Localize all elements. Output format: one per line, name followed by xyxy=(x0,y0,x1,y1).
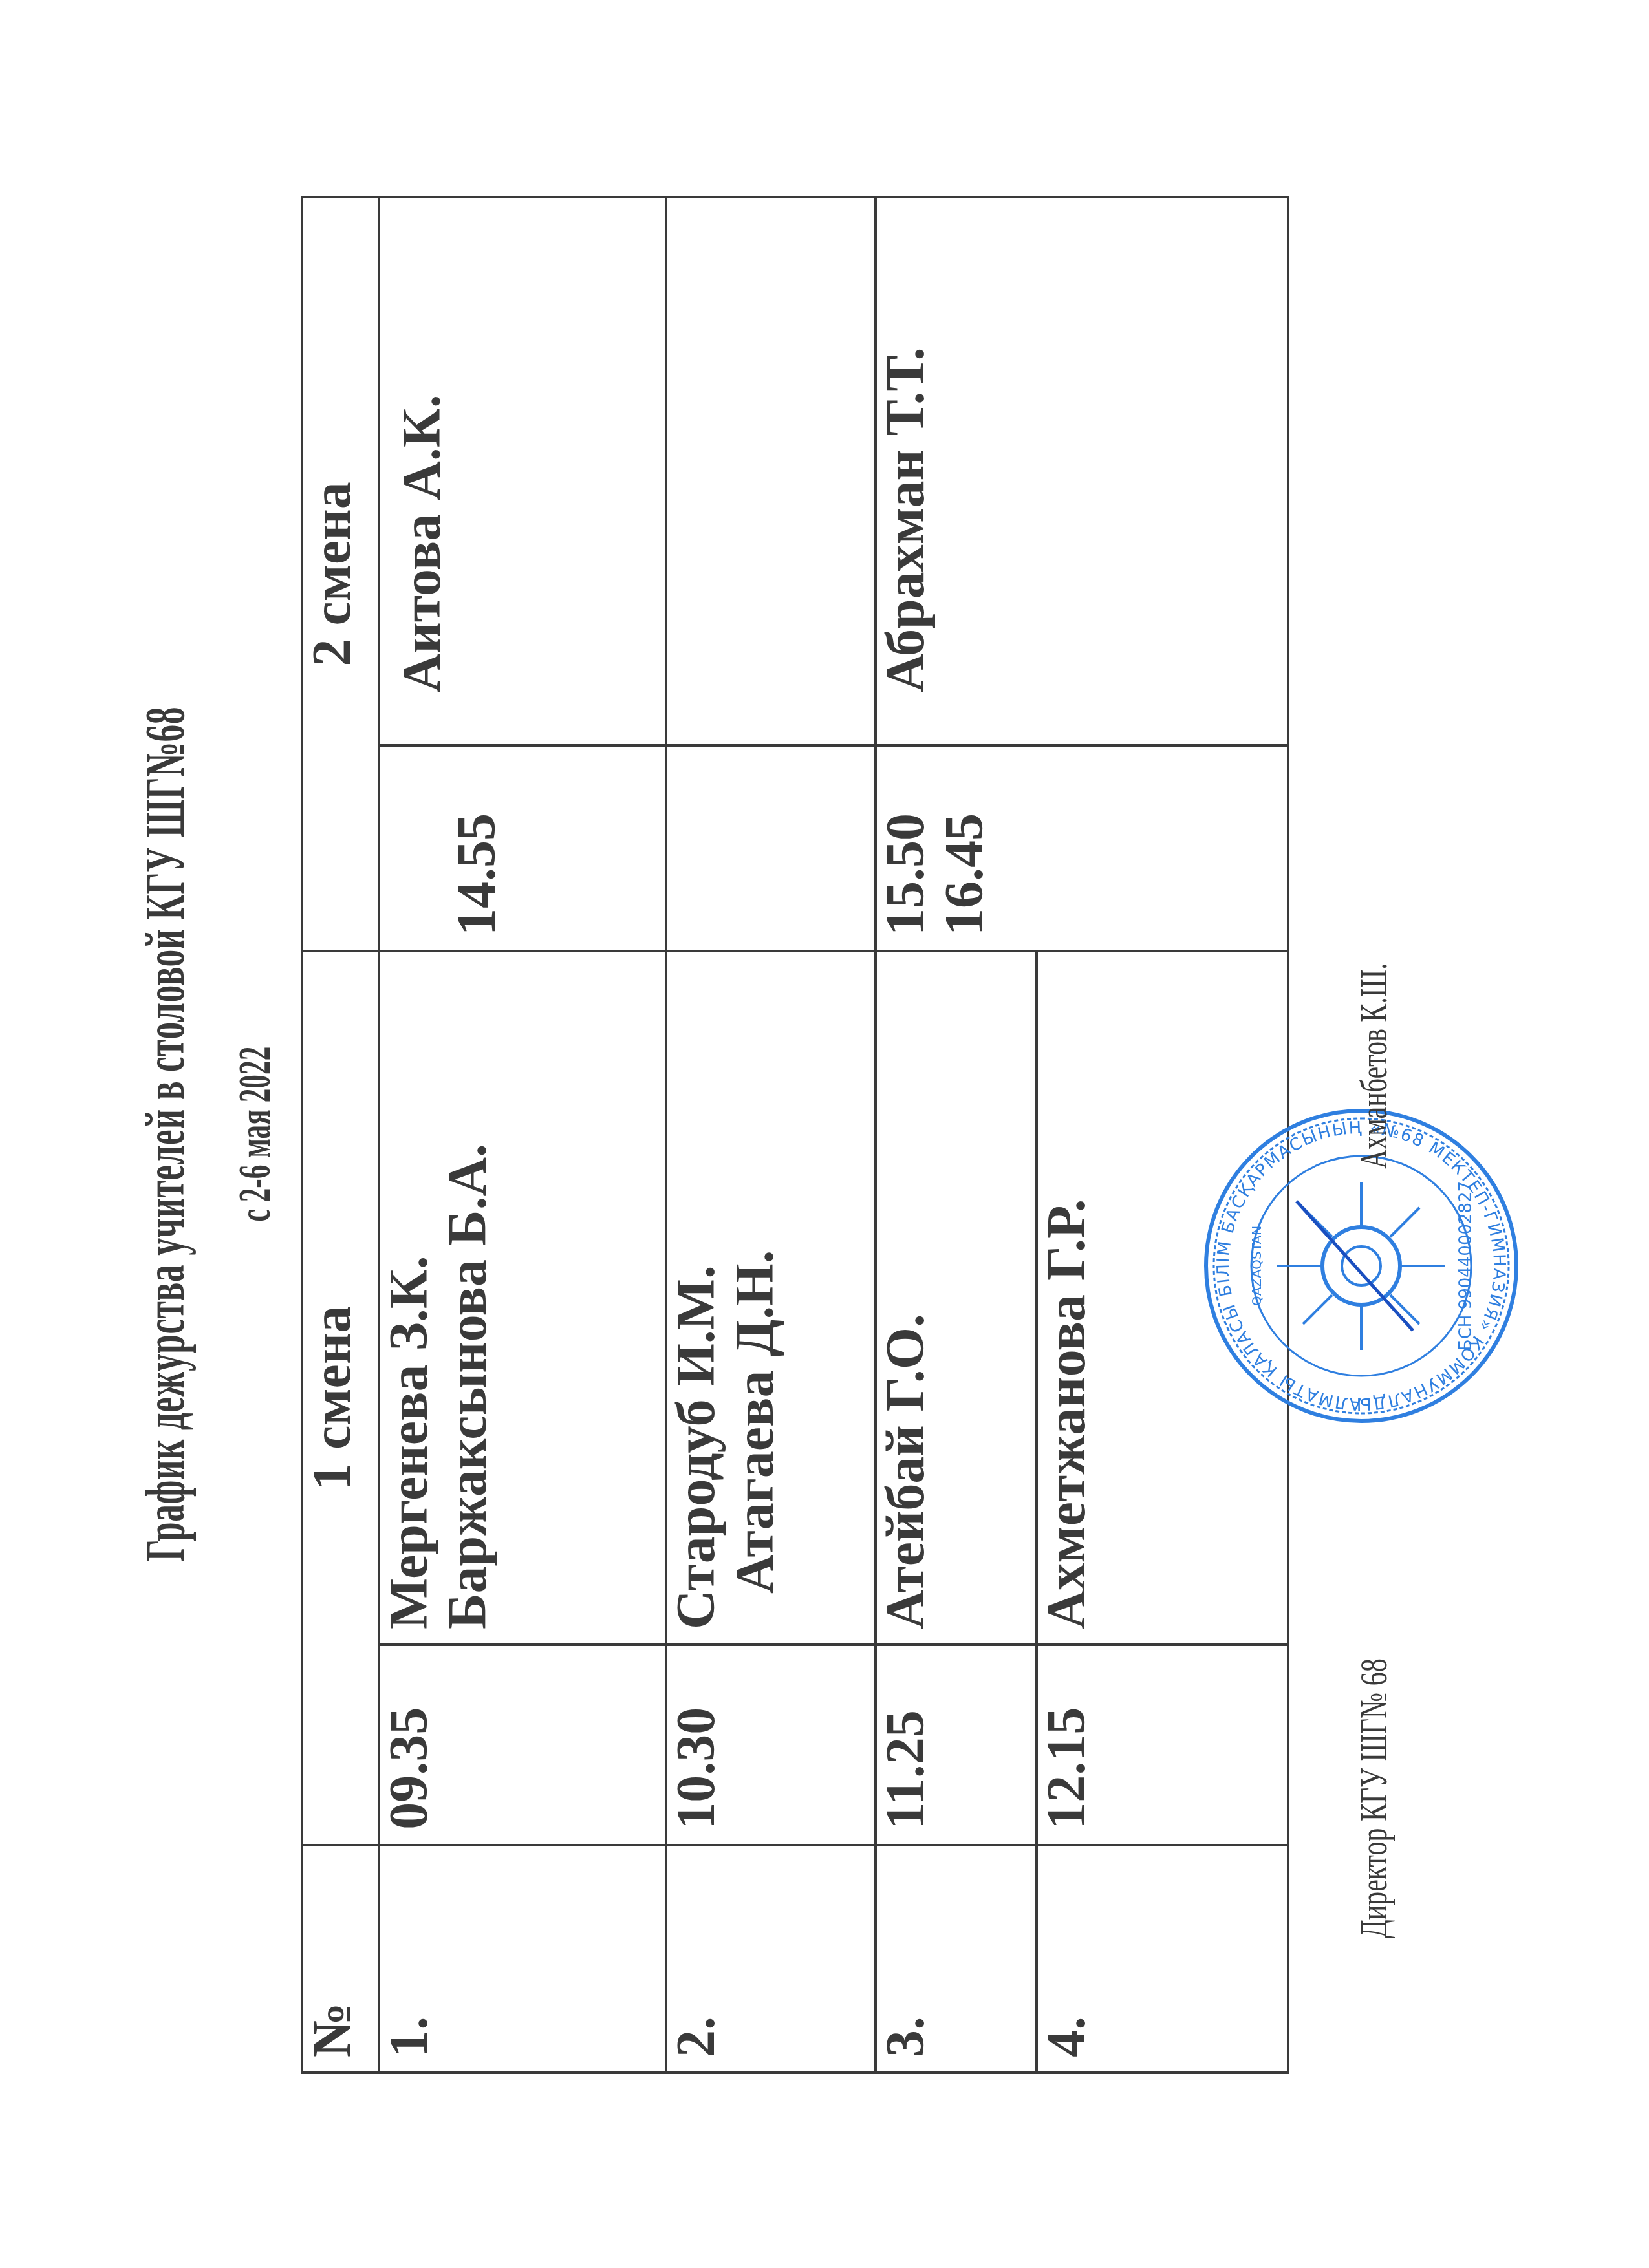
stamp-bin: БСН 990440002827 xyxy=(1456,1181,1476,1351)
teacher-name: Абрахман Т.Т. xyxy=(877,213,936,692)
header-shift-2: 2 смена xyxy=(302,197,379,951)
shift-1-teachers: Стародуб И.М. Атагаева Д.Н. xyxy=(666,951,876,1645)
stamp-emblem-text: QAZAQSTAN xyxy=(1249,1226,1264,1306)
table-row: 3. 11.25 Атейбай Г.О. 15.50 16.45 Абрахм… xyxy=(876,197,1037,2073)
teacher-name: Стародуб И.М. xyxy=(667,967,726,1629)
row-number: 3. xyxy=(876,1845,1037,2073)
table-row: 1. 09.35 Мергенева З.К. Баржаксынова Б.А… xyxy=(379,197,666,2073)
teacher-name: Атагаева Д.Н. xyxy=(726,967,785,1629)
row-number: 1. xyxy=(379,1845,666,2073)
signatory-name: Ахманбетов К.Ш. xyxy=(1352,963,1396,1169)
shift-1-time: 11.25 xyxy=(876,1645,1037,1845)
teacher-name: Атейбай Г.О. xyxy=(877,967,936,1629)
shift-1-time: 10.30 xyxy=(666,1645,876,1845)
row-number: 4. xyxy=(1037,1845,1288,2073)
shift-2-teachers: Аитова А.К. xyxy=(379,197,666,745)
teacher-name: Аитова А.К. xyxy=(393,213,452,692)
shift-1-time: 12.15 xyxy=(1037,1645,1288,1845)
table-header-row: № 1 смена 2 смена xyxy=(302,197,379,2073)
header-shift-1: 1 смена xyxy=(302,951,379,1845)
shift-1-teachers: Атейбай Г.О. xyxy=(876,951,1037,1645)
shift-2-time xyxy=(666,745,876,951)
shift-2-teachers: Абрахман Т.Т. xyxy=(876,197,1288,745)
header-number: № xyxy=(302,1845,379,2073)
shift-2-time: 15.50 16.45 xyxy=(876,745,1288,951)
teacher-name: Баржаксынова Б.А. xyxy=(439,967,498,1629)
shift-2-teachers xyxy=(666,197,876,745)
document-date-range: с 2-6 мая 2022 xyxy=(230,431,281,1837)
teacher-name: Ахметжанова Г.Р. xyxy=(1038,967,1097,1629)
time-value: 14.55 xyxy=(448,761,507,936)
document-page: График дежурства учителей в столовой КГУ… xyxy=(0,0,1649,2268)
shift-1-time: 09.35 xyxy=(379,1645,666,1845)
duty-schedule-table: № 1 смена 2 смена 1. 09.35 Мергенева З.К… xyxy=(301,196,1289,2074)
shift-1-teachers: Мергенева З.К. Баржаксынова Б.А. xyxy=(379,951,666,1645)
teacher-name: Мергенева З.К. xyxy=(380,967,439,1629)
table-row: 2. 10.30 Стародуб И.М. Атагаева Д.Н. xyxy=(666,197,876,2073)
row-number: 2. xyxy=(666,1845,876,2073)
signature-position: Директор КГУ ШГ№ 68 xyxy=(1352,1658,1396,1938)
time-value: 16.45 xyxy=(936,761,995,936)
document-title: График дежурства учителей в столовой КГУ… xyxy=(133,431,197,1837)
time-value: 15.50 xyxy=(877,761,936,936)
shift-2-time: 14.55 xyxy=(379,745,666,951)
